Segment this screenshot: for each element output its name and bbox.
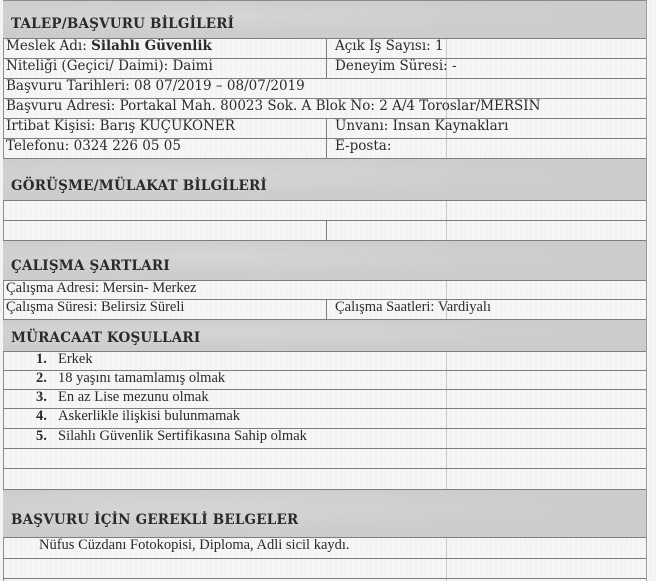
item-text: 18 yaşını tamamlamış olmak xyxy=(58,371,225,386)
cell-nitelik: Niteliği (Geçici/ Daimi): Daimi xyxy=(3,59,327,78)
right-border xyxy=(646,0,647,581)
cell-telefon: Telefonu: 0324 226 05 05 xyxy=(3,139,327,158)
row-irtibat: İrtibat Kişisi: Barış KÜÇÜKÖNER Unvanı: … xyxy=(3,119,646,139)
item-number: 1. xyxy=(36,352,58,367)
section-title-talep: TALEP/BAŞVURU BİLGİLERİ xyxy=(11,17,234,32)
meslek-value: Silahlı Güvenlik xyxy=(91,39,212,54)
item-text: Askerlikle ilişkisi bulunmamak xyxy=(58,409,240,424)
item-number: 4. xyxy=(36,409,58,424)
cell-eposta: E-posta: xyxy=(327,139,391,158)
item-text: En az Lise mezunu olmak xyxy=(58,390,209,405)
item-number: 5. xyxy=(36,429,58,444)
row-muracaat-empty-1 xyxy=(3,449,646,469)
cell-calisma-saatleri: Çalışma Saatleri: Vardiyalı xyxy=(327,300,491,319)
row-calisma-sure: Çalışma Süresi: Belirsiz Süreli Çalışma … xyxy=(3,300,646,320)
list-item: 3.En az Lise mezunu olmak xyxy=(3,390,646,409)
cell-calisma-adresi: Çalışma Adresi: Mersin- Merkez xyxy=(3,281,646,299)
row-belgeler-empty xyxy=(3,559,646,579)
cell-belgeler-text: Nüfus Cüzdanı Fotokopisi, Diploma, Adli … xyxy=(3,538,646,558)
row-belgeler: Nüfus Cüzdanı Fotokopisi, Diploma, Adli … xyxy=(3,538,646,559)
cell-calisma-suresi: Çalışma Süresi: Belirsiz Süreli xyxy=(3,300,327,319)
row-tarihler: Başvuru Tarihleri: 08 07/2019 – 08/07/20… xyxy=(3,79,646,99)
cell-deneyim: Deneyim Süresi: - xyxy=(327,59,457,78)
section-header-calisma: ÇALIŞMA ŞARTLARI xyxy=(3,241,646,281)
item-number: 3. xyxy=(36,390,58,405)
section-header-talep: TALEP/BAŞVURU BİLGİLERİ xyxy=(3,0,646,39)
list-item: 4.Askerlikle ilişkisi bulunmamak xyxy=(3,409,646,429)
item-number: 2. xyxy=(36,371,58,386)
row-adres: Başvuru Adresi: Portakal Mah. 80023 Sok.… xyxy=(3,99,646,119)
row-nitelik: Niteliği (Geçici/ Daimi): Daimi Deneyim … xyxy=(3,59,646,79)
section-header-belgeler: BAŞVURU İÇİN GEREKLİ BELGELER xyxy=(3,490,646,538)
meslek-label: Meslek Adı: xyxy=(6,39,91,54)
row-muracaat-empty-2 xyxy=(3,469,646,490)
cell-meslek: Meslek Adı: Silahlı Güvenlik xyxy=(3,39,327,58)
item-text: Silahlı Güvenlik Sertifikasına Sahip olm… xyxy=(58,429,307,444)
list-item: 1.Erkek xyxy=(3,352,646,371)
cell-basvuru-adresi: Başvuru Adresi: Portakal Mah. 80023 Sok.… xyxy=(3,99,646,118)
row-meslek: Meslek Adı: Silahlı Güvenlik Açık İş Say… xyxy=(3,39,646,59)
row-gorusme-empty-2 xyxy=(3,221,646,241)
row-telefon: Telefonu: 0324 226 05 05 E-posta: xyxy=(3,139,646,159)
section-title-muracaat: MÜRACAAT KOŞULLARI xyxy=(11,331,200,346)
row-gorusme-empty-1 xyxy=(3,201,646,221)
section-title-gorusme: GÖRÜŞME/MÜLAKAT BİLGİLERİ xyxy=(11,179,267,194)
item-text: Erkek xyxy=(58,352,93,367)
section-title-belgeler: BAŞVURU İÇİN GEREKLİ BELGELER xyxy=(11,513,298,528)
cell-unvan: Unvanı: İnsan Kaynakları xyxy=(327,119,508,138)
section-title-calisma: ÇALIŞMA ŞARTLARI xyxy=(11,259,170,274)
row-calisma-adresi: Çalışma Adresi: Mersin- Merkez xyxy=(3,281,646,300)
cell-acik-is: Açık İş Sayısı: 1 xyxy=(327,39,444,58)
list-item: 2.18 yaşını tamamlamış olmak xyxy=(3,371,646,390)
section-header-gorusme: GÖRÜŞME/MÜLAKAT BİLGİLERİ xyxy=(3,159,646,201)
list-item: 5.Silahlı Güvenlik Sertifikasına Sahip o… xyxy=(3,429,646,449)
scanned-form-page: TALEP/BAŞVURU BİLGİLERİ Meslek Adı: Sila… xyxy=(0,0,656,581)
cell-tarihler: Başvuru Tarihleri: 08 07/2019 – 08/07/20… xyxy=(3,79,646,98)
section-header-muracaat: MÜRACAAT KOŞULLARI xyxy=(3,320,646,352)
cell-gorusme-empty xyxy=(3,221,327,240)
cell-irtibat: İrtibat Kişisi: Barış KÜÇÜKÖNER xyxy=(3,119,327,138)
